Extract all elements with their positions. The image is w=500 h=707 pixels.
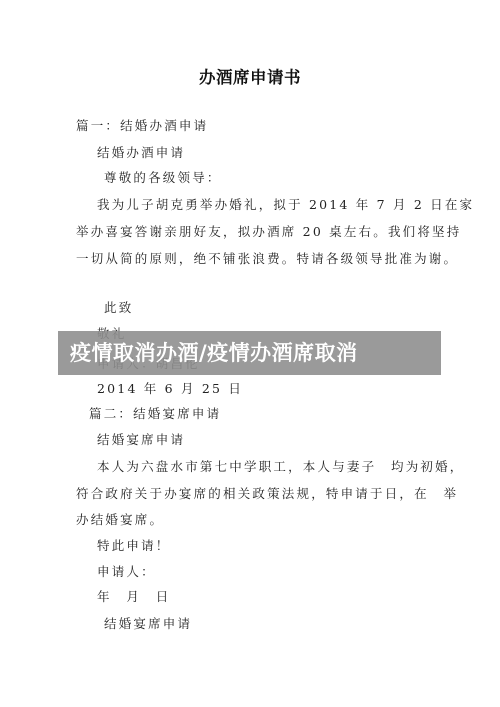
section2-closing: 特此申请！ [97,538,171,554]
section1-body-line-2: 举办喜宴答谢亲朋好友，拟办酒席 20 桌左右。我们将坚持 [76,224,461,240]
section1-body-line-1: 我为儿子胡克勇举办婚礼，拟于 2014 年 7 月 2 日在家 [97,197,474,213]
section1-heading: 篇一：结婚办酒申请 [76,118,208,134]
section2-applicant-label: 申请人： [97,564,156,580]
overlay-banner-text: 疫情取消办酒/疫情办酒席取消 [70,333,358,373]
section2-footer: 结婚宴席申请 [104,616,192,632]
section2-heading: 篇二：结婚宴席申请 [89,406,221,422]
section2-body-line-1: 本人为六盘水市第七中学职工，本人与妻子 均为初婚， [97,459,465,475]
section2-subtitle: 结婚宴席申请 [97,432,185,448]
section1-date: 2014 年 6 月 25 日 [97,381,243,397]
document-title: 办酒席申请书 [0,64,500,88]
section2-body-line-3: 办结婚宴席。 [76,512,164,528]
section1-body-line-3: 一切从简的原则，绝不铺张浪费。特请各级领导批准为谢。 [76,251,458,267]
section1-closing-1: 此致 [104,300,133,316]
section1-salutation: 尊敬的各级领导： [104,170,222,186]
section2-date-placeholder: 年 月 日 [97,589,171,605]
section1-subtitle: 结婚办酒申请 [97,145,185,161]
section2-body-line-2: 符合政府关于办宴席的相关政策法规，特申请于日，在 举 [76,486,458,502]
